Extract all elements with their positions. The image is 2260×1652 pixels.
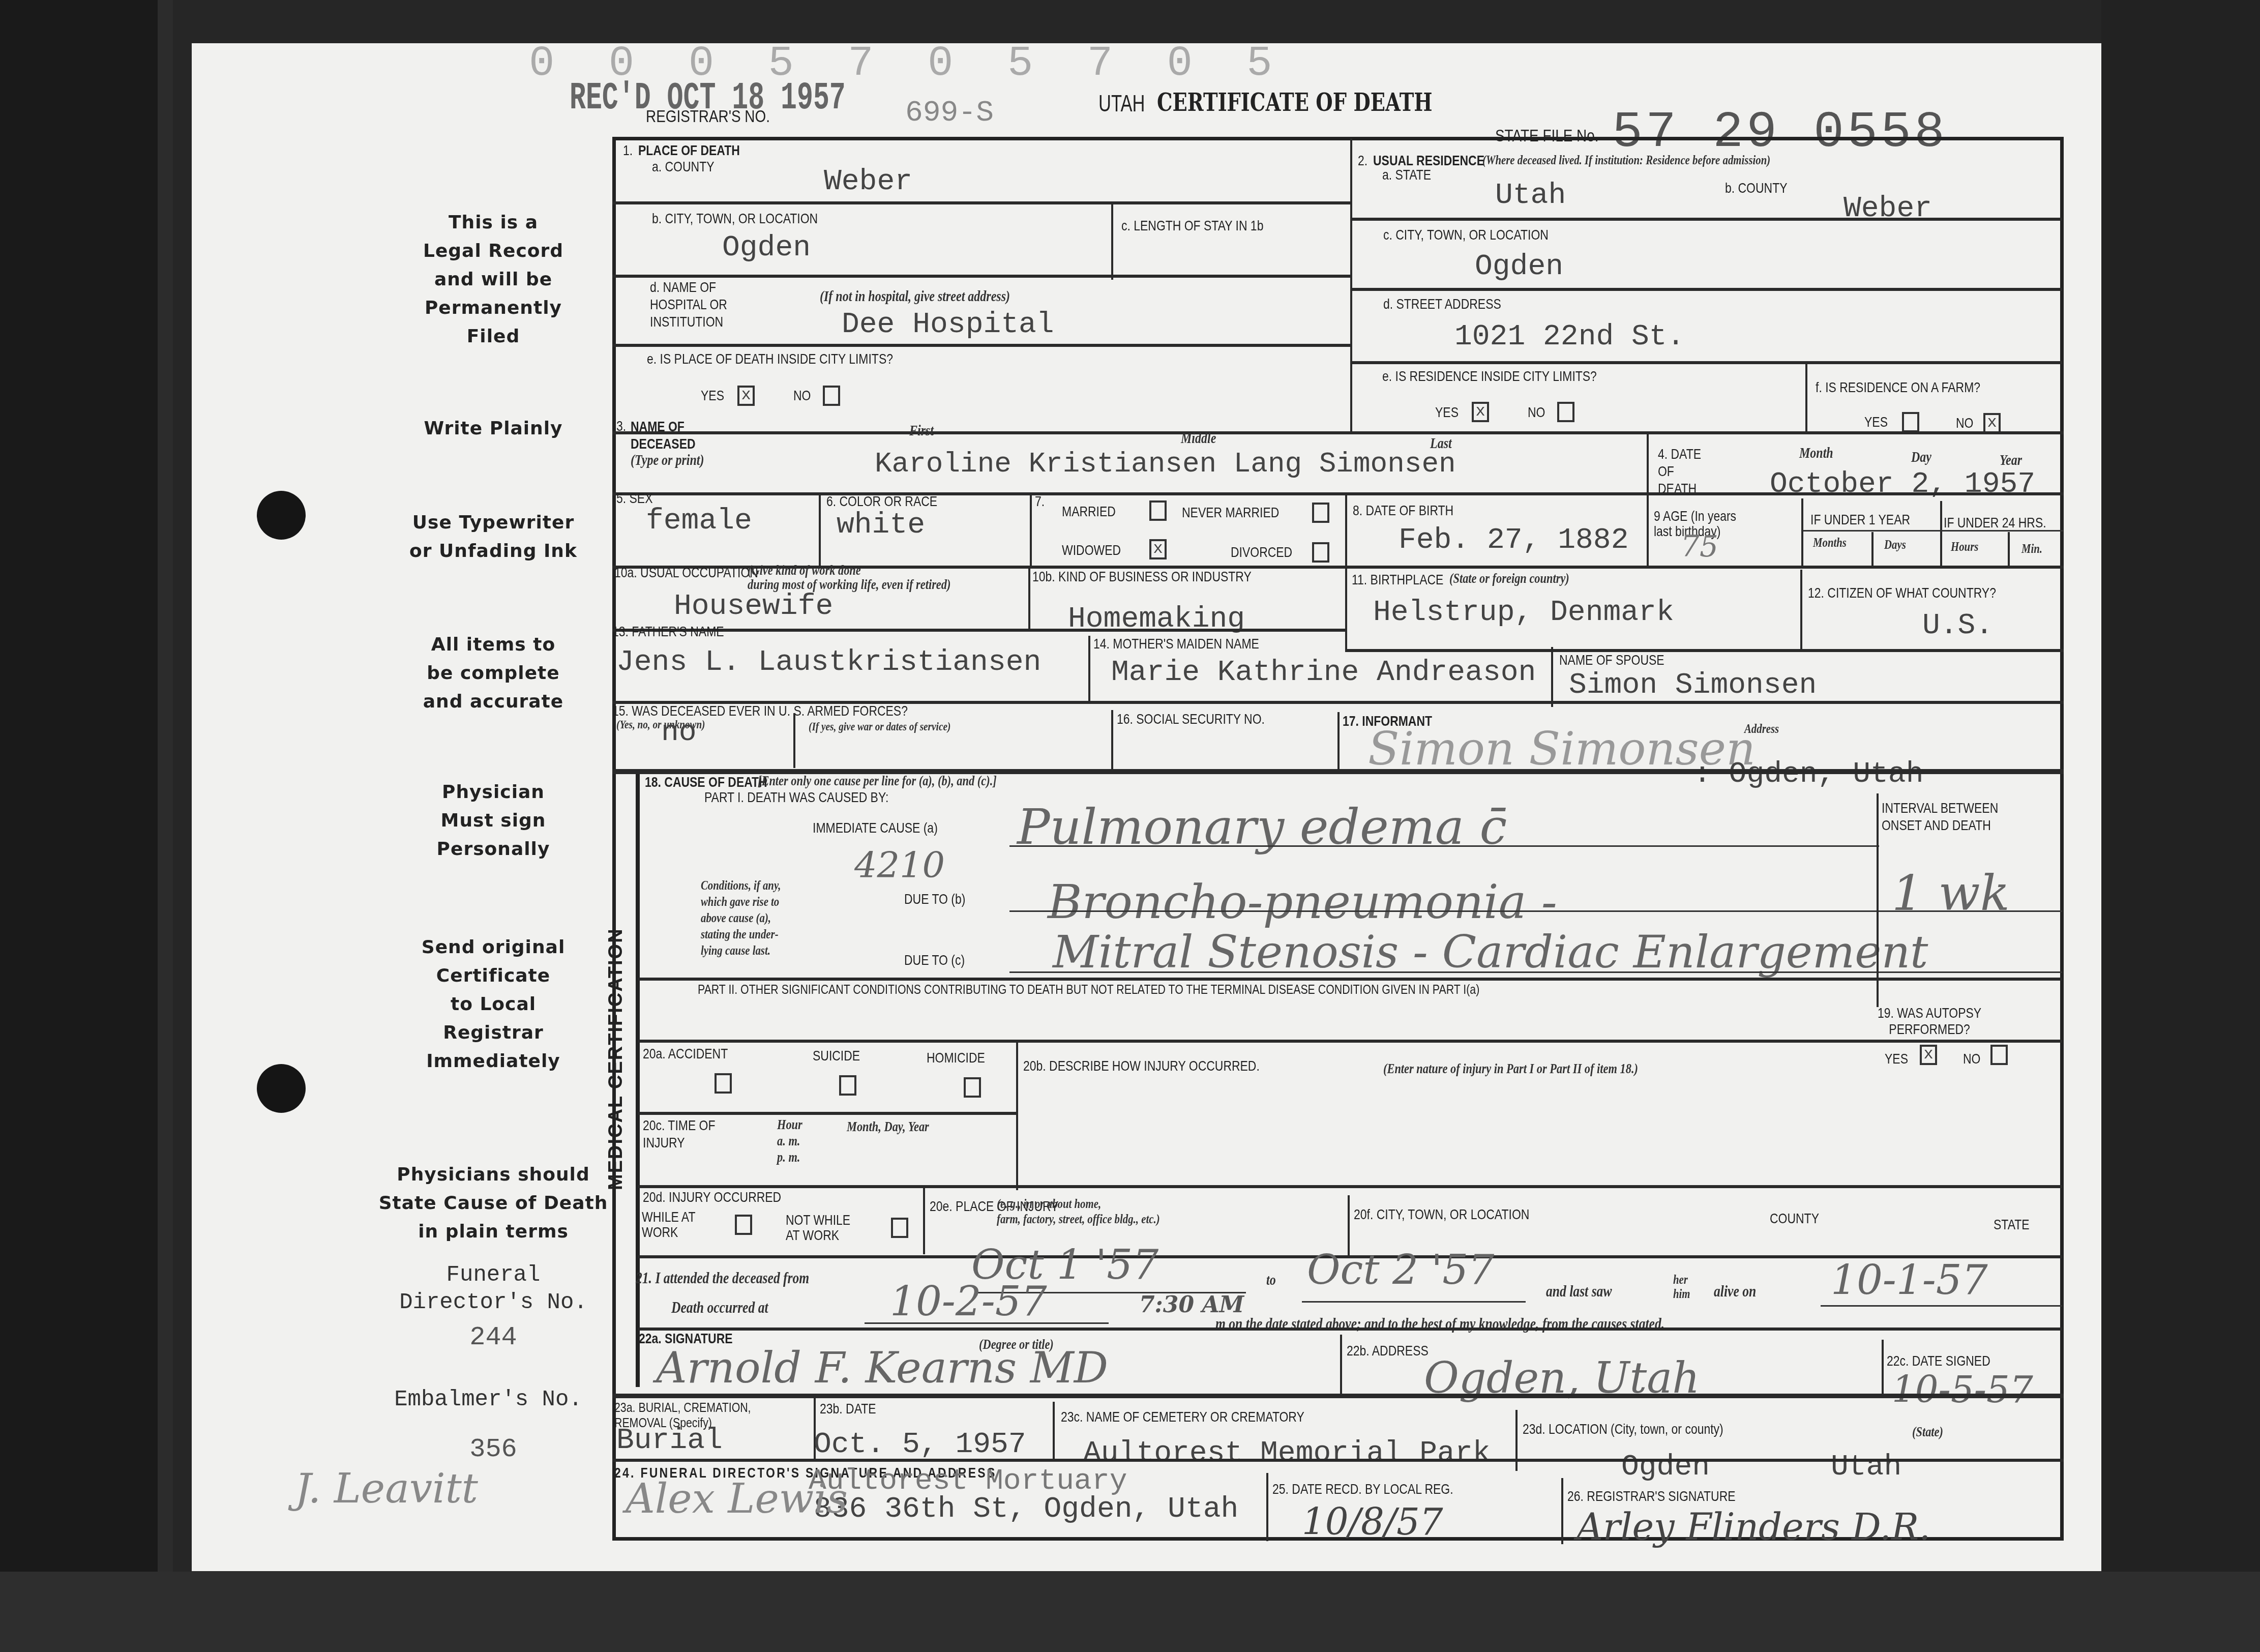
- while-at-work-checkbox[interactable]: [735, 1215, 752, 1235]
- divider: [638, 1185, 2062, 1188]
- cemetery-name[interactable]: Aultorest Memorial Park: [1083, 1437, 1491, 1470]
- armed-forces-value[interactable]: no: [661, 716, 697, 749]
- section3-hint: (Type or print): [631, 452, 704, 469]
- section1-county[interactable]: Weber: [824, 165, 912, 198]
- section18-hint: [Enter only one cause per line for (a), …: [758, 773, 997, 789]
- funeral-director-signature[interactable]: Alex Lewis: [626, 1475, 848, 1522]
- divider: [1266, 1473, 1268, 1541]
- disposition-value[interactable]: Burial: [616, 1424, 723, 1457]
- divider: [1302, 1301, 1526, 1303]
- section1-num: 1.: [623, 142, 633, 159]
- divider: [1871, 532, 1874, 568]
- father-name[interactable]: Jens L. Laustkristiansen: [616, 646, 1041, 679]
- decedent-name[interactable]: Karoline Kristiansen Lang Simonsen: [875, 448, 1456, 480]
- section16-label: 16. SOCIAL SECURITY NO.: [1117, 711, 1265, 727]
- physician-signature[interactable]: Arnold F. Kearns MD: [656, 1343, 1108, 1393]
- divider: [1877, 793, 1879, 1007]
- divorced-checkbox[interactable]: [1312, 542, 1329, 563]
- disposition-date-label: 23b. DATE: [820, 1401, 876, 1417]
- section2-num: 2.: [1358, 153, 1367, 169]
- section2-farm-no-checkbox[interactable]: x: [1983, 413, 2001, 433]
- certificate-title: CERTIFICATE OF DEATH: [1157, 88, 1433, 117]
- widowed-checkbox[interactable]: x: [1149, 539, 1167, 559]
- mother-maiden-name[interactable]: Marie Kathrine Andreason: [1111, 656, 1536, 689]
- injury-county-label: COUNTY: [1770, 1211, 1819, 1227]
- divider: [638, 1112, 1017, 1115]
- hour-label: Hour a. m. p. m.: [777, 1117, 802, 1166]
- binder-edge: [158, 0, 173, 1652]
- section1-inside-limits-label: e. IS PLACE OF DEATH INSIDE CITY LIMITS?: [647, 351, 893, 367]
- no-label: NO: [1956, 415, 1973, 431]
- divider: [1345, 568, 1347, 649]
- immediate-cause[interactable]: Pulmonary edema c̄: [1017, 799, 1507, 855]
- no-label: NO: [793, 388, 811, 404]
- month-day-year-label: Month, Day, Year: [847, 1119, 929, 1135]
- middle-name-label: Middle: [1181, 430, 1216, 447]
- interval-label: INTERVAL BETWEEN ONSET AND DEATH: [1882, 800, 1998, 834]
- section10b-label: 10b. KIND OF BUSINESS OR INDUSTRY: [1032, 569, 1252, 585]
- embalmer-no: 356: [376, 1434, 610, 1464]
- registrar-no-label: REGISTRAR'S NO.: [646, 107, 770, 127]
- date-signed-label: 22c. DATE SIGNED: [1887, 1353, 1990, 1369]
- section1-stay-label: c. LENGTH OF STAY IN 1b: [1121, 218, 1263, 234]
- location-label: 23d. LOCATION (City, town, or county): [1523, 1421, 1723, 1437]
- describe-injury-label: 20b. DESCRIBE HOW INJURY OCCURRED.: [1023, 1058, 1260, 1074]
- section2-city-label: c. CITY, TOWN, OR LOCATION: [1383, 227, 1549, 243]
- first-name-label: First: [909, 422, 934, 439]
- divider: [1111, 203, 1113, 280]
- divider: [1940, 501, 1942, 568]
- section7-num: 7.: [1035, 493, 1045, 510]
- alive-on-label: alive on: [1714, 1282, 1756, 1301]
- divider: [612, 275, 1352, 278]
- divider: [612, 1394, 2064, 1398]
- medical-certification-label: MEDICAL CERTIFICATION: [605, 928, 627, 1190]
- months-label: Months: [1813, 535, 1847, 550]
- accident-label: 20a. ACCIDENT: [643, 1046, 728, 1062]
- suicide-label: SUICIDE: [813, 1048, 860, 1064]
- date-of-death[interactable]: October 2, 1957: [1770, 468, 2035, 501]
- citizenship-value[interactable]: U.S.: [1922, 609, 1993, 642]
- injury-occurred-label: 20d. INJURY OCCURRED: [643, 1189, 781, 1205]
- part1-label: PART I. DEATH WAS CAUSED BY:: [704, 789, 888, 806]
- married-checkbox[interactable]: [1149, 500, 1167, 521]
- divider: [612, 344, 1352, 347]
- immediate-cause-label: IMMEDIATE CAUSE (a): [813, 820, 938, 836]
- divider: [1647, 433, 1649, 494]
- divider: [1800, 570, 1802, 651]
- under-24-hrs-label: IF UNDER 24 HRS.: [1944, 515, 2046, 531]
- divider: [1345, 494, 1347, 568]
- injury-city-label: 20f. CITY, TOWN, OR LOCATION: [1354, 1206, 1529, 1223]
- spouse-name[interactable]: Simon Simonsen: [1569, 669, 1817, 702]
- not-while-at-work-checkbox[interactable]: [891, 1218, 908, 1238]
- divider: [1801, 498, 1803, 568]
- section1-city-label: b. CITY, TOWN, OR LOCATION: [652, 211, 818, 227]
- age-value[interactable]: 75: [1681, 529, 1718, 564]
- title-state: UTAH: [1098, 90, 1145, 117]
- no-label: NO: [1963, 1051, 1980, 1067]
- divider: [1345, 649, 2064, 652]
- punch-hole-icon: [257, 491, 306, 540]
- divider: [1352, 361, 2062, 364]
- funeral-home-address[interactable]: 836 36th St, Ogden, Utah: [814, 1493, 1238, 1526]
- divider: [1647, 494, 1649, 568]
- divider: [1561, 1478, 1563, 1544]
- embalmer-signature: J. Leavitt: [295, 1465, 478, 1512]
- informant-address[interactable]: : Ogden, Utah: [1693, 758, 1923, 791]
- section1-inside-no-checkbox[interactable]: [823, 386, 840, 406]
- section11-hint: (State or foreign country): [1449, 571, 1569, 587]
- not-while-at-work-label: NOT WHILE AT WORK: [786, 1213, 850, 1243]
- physician-address-label: 22b. ADDRESS: [1347, 1343, 1429, 1359]
- divider: [1551, 647, 1553, 707]
- divider: [612, 431, 2064, 434]
- divider: [638, 1327, 2062, 1331]
- yes-label: YES: [1435, 404, 1459, 421]
- days-label: Days: [1884, 537, 1906, 552]
- divider: [1053, 1402, 1055, 1462]
- divider: [1028, 568, 1030, 630]
- race-value[interactable]: white: [837, 509, 925, 542]
- section15-hint2: (If yes, give war or dates of service): [809, 720, 950, 734]
- section2-inside-no-checkbox[interactable]: [1557, 402, 1574, 422]
- due-to-c-label: DUE TO (c): [904, 952, 965, 968]
- sidebar-note-typewriter: Use Typewriter or Unfading Ink: [402, 509, 585, 566]
- section2-hint: (Where deceased lived. If institution: R…: [1482, 153, 1770, 168]
- cause-code: 4210: [854, 844, 945, 886]
- never-married-label: NEVER MARRIED: [1182, 505, 1279, 521]
- registrar-no: 699-S: [905, 97, 994, 130]
- due-to-c[interactable]: Mitral Stenosis - Cardiac Enlargement: [1053, 926, 1928, 978]
- registrar-signature[interactable]: Arley Flinders D.R.: [1577, 1506, 1930, 1548]
- section18-label: 18. CAUSE OF DEATH: [645, 774, 767, 790]
- interval-b[interactable]: 1 wk: [1892, 865, 2010, 922]
- disposition-date[interactable]: Oct. 5, 1957: [814, 1428, 1026, 1461]
- widowed-label: WIDOWED: [1062, 542, 1121, 558]
- section2-city[interactable]: Ogden: [1475, 250, 1563, 283]
- place-of-injury-hint: (e. g., in or about home, farm, factory,…: [997, 1196, 1160, 1227]
- day-label: Day: [1911, 449, 1931, 466]
- death-at[interactable]: 10-2-57: [890, 1278, 1047, 1325]
- suicide-checkbox[interactable]: [839, 1075, 856, 1096]
- spouse-label: NAME OF SPOUSE: [1559, 652, 1664, 668]
- location-state-label: (State): [1912, 1424, 1943, 1440]
- last-saw-label: and last saw: [1546, 1282, 1612, 1301]
- section10a-hint: (Give kind of work done during most of w…: [748, 564, 950, 592]
- divorced-label: DIVORCED: [1231, 544, 1292, 560]
- sidebar-note-complete: All items to be complete and accurate: [417, 631, 570, 716]
- divider: [1111, 710, 1113, 770]
- section2-street[interactable]: 1021 22nd St.: [1454, 320, 1684, 353]
- section2-state[interactable]: Utah: [1495, 179, 1566, 212]
- month-label: Month: [1799, 445, 1833, 462]
- section2-county-label: b. COUNTY: [1725, 180, 1787, 196]
- divider: [1803, 530, 2063, 532]
- scan-background-bottom: [0, 1572, 2260, 1652]
- divider: [612, 1459, 2064, 1462]
- divider: [793, 713, 795, 768]
- section2-street-label: d. STREET ADDRESS: [1383, 296, 1501, 312]
- injury-state-label: STATE: [1994, 1217, 2030, 1233]
- section1-hospital-label: d. NAME OF HOSPITAL OR INSTITUTION: [650, 279, 727, 331]
- section13-label: 13. FATHER'S NAME: [612, 624, 724, 640]
- section15-label: 15. WAS DECEASED EVER IN U. S. ARMED FOR…: [612, 703, 908, 719]
- divider: [2008, 532, 2010, 568]
- section11-label: 11. BIRTHPLACE: [1352, 572, 1443, 588]
- divider: [1337, 712, 1340, 772]
- punch-hole-icon: [257, 1064, 306, 1113]
- scan-background-right: [2101, 0, 2260, 1652]
- location-city[interactable]: Ogden: [1621, 1451, 1710, 1484]
- date-received-label: 25. DATE RECD. BY LOCAL REG.: [1272, 1481, 1453, 1497]
- funeral-director-no-label: Funeral Director's No.: [376, 1261, 610, 1316]
- attended-to[interactable]: Oct 2 '57: [1307, 1246, 1494, 1293]
- sidebar-note-write-plainly: Write Plainly: [417, 415, 570, 443]
- describe-injury-hint: (Enter nature of injury in Part I or Par…: [1383, 1061, 1638, 1077]
- autopsy-yes-checkbox[interactable]: x: [1920, 1045, 1937, 1065]
- due-to-b[interactable]: Broncho-pneumonia -: [1048, 875, 1557, 929]
- divider: [1088, 636, 1090, 702]
- sex-value[interactable]: female: [646, 505, 752, 538]
- section3-title: NAME OF DECEASED: [631, 418, 696, 453]
- birthplace-value[interactable]: Helstrup, Denmark: [1373, 596, 1674, 629]
- section2-farm-yes-checkbox[interactable]: [1902, 412, 1919, 432]
- funeral-director-no: 244: [376, 1322, 610, 1352]
- section10a-label: 10a. USUAL OCCUPATION: [614, 565, 758, 581]
- section12-label: 12. CITIZEN OF WHAT COUNTRY?: [1808, 585, 1996, 601]
- section2-farm-label: f. IS RESIDENCE ON A FARM?: [1816, 379, 1980, 396]
- date-received[interactable]: 10/8/57: [1302, 1500, 1443, 1543]
- divider: [1340, 1335, 1342, 1396]
- divider: [923, 1188, 925, 1254]
- married-label: MARRIED: [1062, 504, 1116, 520]
- cemetery-label: 23c. NAME OF CEMETERY OR CREMATORY: [1061, 1409, 1304, 1425]
- sidebar-note-physicians-cause: Physicians should State Cause of Death i…: [366, 1161, 620, 1246]
- divider: [819, 494, 821, 568]
- part2-label: PART II. OTHER SIGNIFICANT CONDITIONS CO…: [698, 982, 1479, 997]
- time-of-injury-label: 20c. TIME OF INJURY: [643, 1117, 715, 1152]
- hours-label: Hours: [1951, 539, 1978, 554]
- while-at-work-label: WHILE AT WORK: [642, 1209, 695, 1240]
- accident-checkbox[interactable]: [715, 1073, 732, 1094]
- year-label: Year: [2000, 452, 2022, 469]
- conditions-hint: Conditions, if any, which gave rise to a…: [701, 877, 781, 959]
- divider: [1352, 288, 2062, 291]
- divider: [1009, 971, 2062, 973]
- section8-label: 8. DATE OF BIRTH: [1353, 503, 1453, 519]
- section2-state-label: a. STATE: [1382, 167, 1431, 183]
- section2-inside-limits-label: e. IS RESIDENCE INSIDE CITY LIMITS?: [1382, 368, 1597, 385]
- embalmer-no-label: Embalmer's No.: [356, 1386, 620, 1413]
- divider: [1016, 1043, 1018, 1190]
- divider: [1515, 1410, 1518, 1471]
- occupation-value[interactable]: Housewife: [674, 590, 833, 623]
- section1-hospital-hint: (If not in hospital, give street address…: [820, 288, 1010, 305]
- location-state[interactable]: Utah: [1831, 1451, 1901, 1484]
- binder-spine: [0, 0, 163, 1652]
- yes-label: YES: [701, 388, 724, 404]
- registrar-signature-label: 26. REGISTRAR'S SIGNATURE: [1567, 1488, 1736, 1504]
- never-married-checkbox[interactable]: [1312, 503, 1329, 523]
- to-label: to: [1266, 1272, 1276, 1289]
- sidebar-note-send-original: Send original Certificate to Local Regis…: [407, 933, 580, 1076]
- min-label: Min.: [2021, 541, 2042, 556]
- divider: [1821, 1305, 2062, 1307]
- divider: [638, 1040, 2062, 1043]
- her-him-label: her him: [1673, 1273, 1690, 1301]
- section1-county-label: a. COUNTY: [652, 159, 714, 175]
- divider: [1030, 494, 1032, 568]
- section6-label: 6. COLOR OR RACE: [826, 493, 937, 510]
- section1-city[interactable]: Ogden: [722, 231, 811, 264]
- divider: [636, 769, 640, 1387]
- autopsy-no-checkbox[interactable]: [1990, 1045, 2008, 1065]
- homicide-checkbox[interactable]: [964, 1077, 981, 1098]
- section2-inside-yes-checkbox[interactable]: x: [1472, 402, 1489, 422]
- divider: [638, 978, 2062, 981]
- divider: [865, 1322, 1109, 1324]
- yes-label: YES: [1885, 1051, 1908, 1067]
- section3-num: 3.: [616, 418, 626, 434]
- sidebar-note-legal-record: This is a Legal Record and will be Perma…: [417, 209, 570, 351]
- divider: [1009, 845, 1879, 847]
- section19-label: 19. WAS AUTOPSY PERFORMED?: [1878, 1005, 1981, 1038]
- section4-label: 4. DATE OF DEATH: [1658, 446, 1701, 497]
- attended-label: 21. I attended the deceased from: [636, 1268, 809, 1287]
- section1-hospital[interactable]: Dee Hospital: [842, 308, 1054, 341]
- death-at-label: Death occurred at: [671, 1298, 768, 1317]
- divider: [1350, 138, 1352, 431]
- section1-inside-yes-checkbox[interactable]: x: [737, 386, 755, 406]
- section14-label: 14. MOTHER'S MAIDEN NAME: [1093, 636, 1259, 652]
- sidebar-note-physician-sign: Physician Must sign Personally: [417, 778, 570, 864]
- section1-title: PLACE OF DEATH: [638, 142, 740, 159]
- no-label: NO: [1528, 404, 1545, 421]
- yes-label: YES: [1864, 414, 1888, 430]
- divider: [1805, 363, 1807, 431]
- divider: [1882, 1340, 1884, 1398]
- due-to-b-label: DUE TO (b): [904, 891, 965, 907]
- divider: [612, 201, 1352, 204]
- under-1-year-label: IF UNDER 1 YEAR: [1810, 512, 1910, 528]
- date-signed[interactable]: 10-5-57: [1892, 1368, 2033, 1411]
- divider: [1352, 218, 2062, 221]
- homicide-label: HOMICIDE: [927, 1050, 985, 1066]
- alive-on[interactable]: 10-1-57: [1831, 1256, 1988, 1304]
- date-of-birth[interactable]: Feb. 27, 1882: [1399, 524, 1628, 557]
